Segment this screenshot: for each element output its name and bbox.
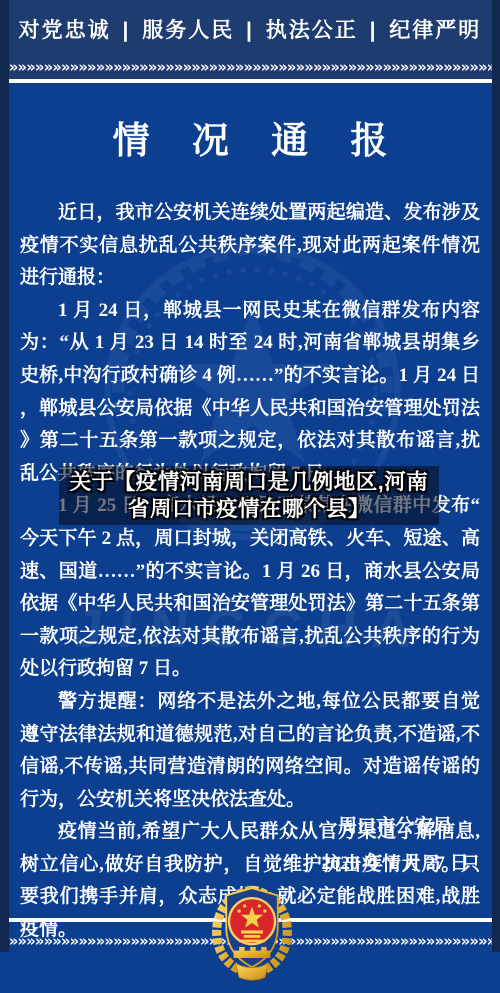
issue-date: 2020 年 1 月 27 日 — [290, 845, 500, 882]
left-border — [0, 0, 9, 952]
paragraph-intro: 近日，我市公安机关连续处置两起编造、发布涉及疫情不实信息扰乱公共秩序案件,现对此… — [20, 197, 480, 295]
paragraph-police-reminder: 警方提醒：网络不是法外之地,每位公民都要自觉遵守法律法规和道德规范,对自己的言论… — [20, 686, 480, 816]
caption-line-2: 省周口市疫情在哪个县】 — [59, 496, 439, 523]
signature-block: 周口市公安局 2020 年 1 月 27 日 — [290, 808, 500, 882]
divider-line-top — [0, 79, 500, 83]
right-border — [492, 0, 500, 952]
notice-title: 情 况 通 报 — [0, 110, 500, 164]
caption-line-1: 关于【疫情河南周口是几例地区,河南 — [59, 469, 439, 496]
caption-overlay: 关于【疫情河南周口是几例地区,河南 省周口市疫情在哪个县】 — [59, 466, 439, 525]
police-notice-poster: 对党忠诚 | 服务人民 | 执法公正 | 纪律严明 »»»»»»»»»»»»»»… — [0, 0, 500, 993]
header-banner: 对党忠诚 | 服务人民 | 执法公正 | 纪律严明 »»»»»»»»»»»»»»… — [0, 0, 500, 83]
issuing-agency: 周口市公安局 — [290, 808, 500, 845]
police-motto: 对党忠诚 | 服务人民 | 执法公正 | 纪律严明 — [0, 14, 500, 44]
chevron-divider-top-icon: »»»»»»»»»»»»»»»»»»»»»»»»»»»»»»»»»»»»»»»»… — [0, 60, 500, 76]
paragraph-case-1: 1 月 24 日，郸城县一网民史某在微信群发布内容为：“从 1 月 23 日 1… — [20, 295, 480, 491]
police-badge-icon — [206, 886, 298, 984]
